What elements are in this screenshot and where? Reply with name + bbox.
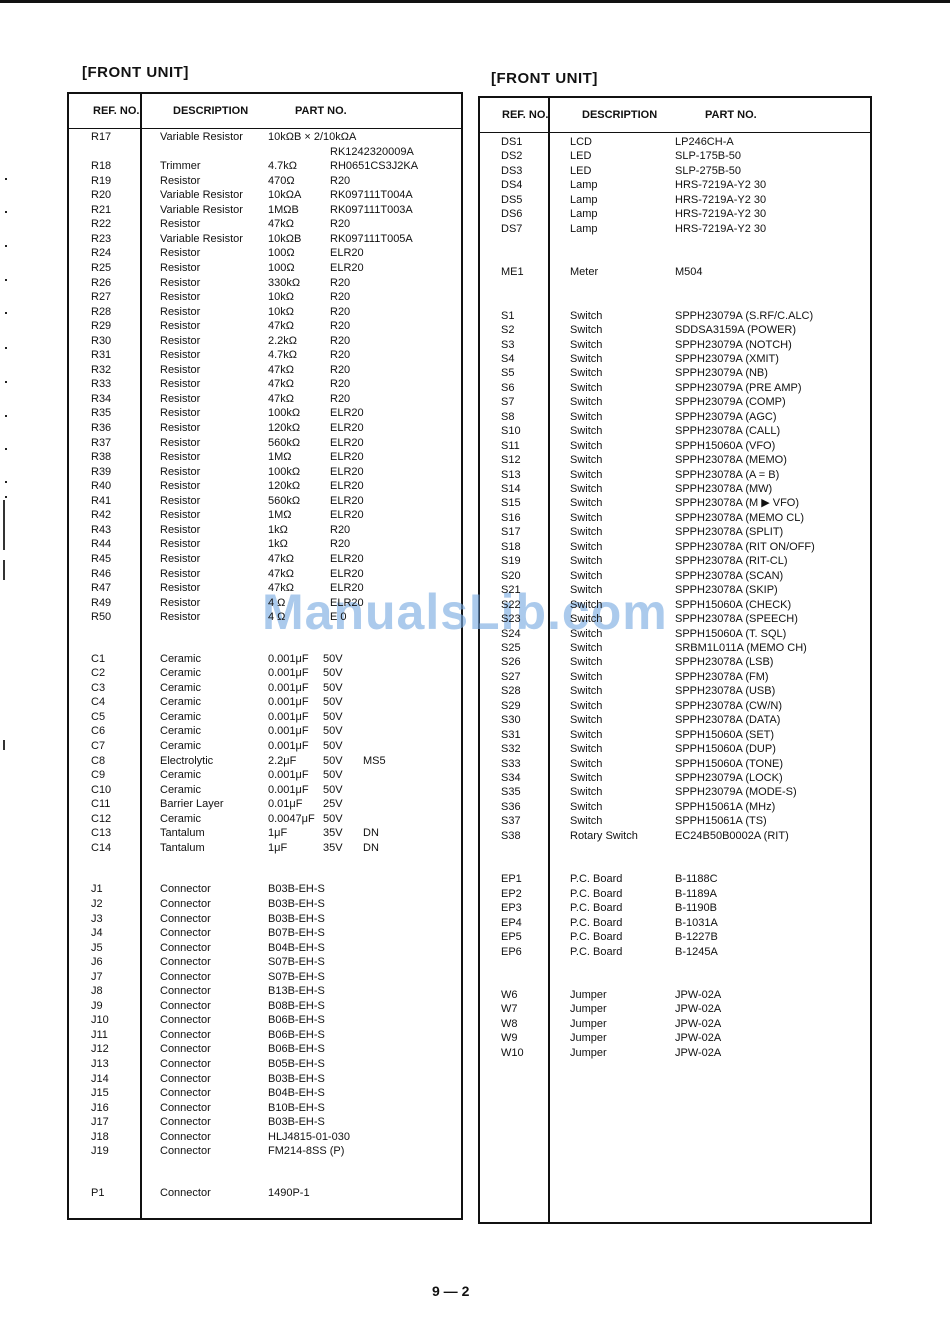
part-no: SPPH23079A (AGC) — [675, 411, 777, 423]
part-no: SRBM1L011A (MEMO CH) — [675, 642, 807, 654]
ref-no: C14 — [91, 842, 111, 854]
scan-dot — [5, 279, 7, 281]
description: Switch — [570, 656, 602, 668]
description: Switch — [570, 714, 602, 726]
part-no: SPPH23079A (PRE AMP) — [675, 382, 802, 394]
table-row: J13ConnectorB05B-EH-S — [0, 1058, 950, 1070]
table-row: DS5LampHRS-7219A-Y2 30 — [0, 194, 950, 206]
description: Switch — [570, 469, 602, 481]
part-no: B-1227B — [675, 931, 718, 943]
ref-no: S37 — [501, 815, 521, 827]
scan-dot — [5, 496, 7, 498]
value: B04B-EH-S — [268, 1087, 325, 1099]
part-no: LP246CH-A — [675, 136, 734, 148]
part-no: SPPH23078A (FM) — [675, 671, 769, 683]
part-no: HRS-7219A-Y2 30 — [675, 223, 766, 235]
table-row: S22SwitchSPPH15060A (CHECK) — [0, 599, 950, 611]
part-no: SPPH23078A (A = B) — [675, 469, 779, 481]
scan-dot — [5, 347, 7, 349]
ref-no: DS1 — [501, 136, 522, 148]
description: Switch — [570, 367, 602, 379]
table-row: W7JumperJPW-02A — [0, 1003, 950, 1015]
ref-no: J18 — [91, 1131, 109, 1143]
description: Switch — [570, 396, 602, 408]
part-no: SPPH23078A (MW) — [675, 483, 772, 495]
description: P.C. Board — [570, 902, 622, 914]
ref-no: S19 — [501, 555, 521, 567]
description: Switch — [570, 483, 602, 495]
ref-no: S25 — [501, 642, 521, 654]
part-no: SPPH23078A (USB) — [675, 685, 775, 697]
ref-no: S33 — [501, 758, 521, 770]
scan-dot — [5, 381, 7, 383]
table-row: S3SwitchSPPH23079A (NOTCH) — [0, 339, 950, 351]
description: P.C. Board — [570, 931, 622, 943]
value: S07B-EH-S — [268, 971, 325, 983]
ref-no: S7 — [501, 396, 514, 408]
table-row: EP6P.C. BoardB-1245A — [0, 946, 950, 958]
part-no: SPPH23078A (CALL) — [675, 425, 780, 437]
scan-line — [3, 500, 5, 550]
part-no: JPW-02A — [675, 1003, 721, 1015]
ref-no: S5 — [501, 367, 514, 379]
ref-no: EP5 — [501, 931, 522, 943]
part-no: B-1190B — [675, 902, 717, 914]
left-section-title: [FRONT UNIT] — [82, 64, 189, 81]
description: Connector — [160, 1102, 211, 1114]
part-no: SPPH15060A (T. SQL) — [675, 628, 786, 640]
description: Switch — [570, 758, 602, 770]
ref-no: S18 — [501, 541, 521, 553]
description: Switch — [570, 599, 602, 611]
table-row: S21SwitchSPPH23078A (SKIP) — [0, 584, 950, 596]
ref-no: EP3 — [501, 902, 522, 914]
description: Switch — [570, 743, 602, 755]
part-no: SPPH23078A (CW/N) — [675, 700, 782, 712]
description: Switch — [570, 685, 602, 697]
header-part-no: PART NO. — [295, 105, 347, 117]
part-no: SPPH23078A (RIT ON/OFF) — [675, 541, 815, 553]
description: Switch — [570, 310, 602, 322]
ref-no: DS2 — [501, 150, 522, 162]
description: Switch — [570, 772, 602, 784]
value: 1μF — [268, 842, 287, 854]
table-row: DS7LampHRS-7219A-Y2 30 — [0, 223, 950, 235]
description: Switch — [570, 339, 602, 351]
description: Connector — [160, 1145, 211, 1157]
table-row: S4SwitchSPPH23079A (XMIT) — [0, 353, 950, 365]
table-row: S14SwitchSPPH23078A (MW) — [0, 483, 950, 495]
ref-no: DS7 — [501, 223, 522, 235]
right-table-header: REF. NO. DESCRIPTION PART NO. — [480, 98, 870, 133]
ref-no: EP2 — [501, 888, 522, 900]
part-no: SPPH23078A (LSB) — [675, 656, 773, 668]
scan-dot — [5, 312, 7, 314]
scan-dot — [5, 448, 7, 450]
ref-no: J14 — [91, 1073, 109, 1085]
description: Resistor — [160, 247, 200, 259]
ref-no: DS4 — [501, 179, 522, 191]
ref-no: S3 — [501, 339, 514, 351]
description: Switch — [570, 382, 602, 394]
ref-no: S10 — [501, 425, 521, 437]
description: Connector — [160, 1058, 211, 1070]
description: Switch — [570, 786, 602, 798]
table-row: J16ConnectorB10B-EH-S — [0, 1102, 950, 1114]
part-no: SPPH23079A (XMIT) — [675, 353, 779, 365]
header-part-no: PART NO. — [705, 109, 757, 121]
table-row: S12SwitchSPPH23078A (MEMO) — [0, 454, 950, 466]
ref-no: EP6 — [501, 946, 522, 958]
ref-no: S16 — [501, 512, 521, 524]
description: Switch — [570, 541, 602, 553]
ref-no: J16 — [91, 1102, 109, 1114]
description: P.C. Board — [570, 946, 622, 958]
table-row: S26SwitchSPPH23078A (LSB) — [0, 656, 950, 668]
ref-no: S4 — [501, 353, 514, 365]
scan-dot — [5, 415, 7, 417]
ref-no: W8 — [501, 1018, 518, 1030]
description: Switch — [570, 700, 602, 712]
description: Resistor — [160, 291, 200, 303]
ref-no: S21 — [501, 584, 521, 596]
part-no: SPPH23078A (M ▶ VFO) — [675, 497, 799, 509]
table-row: R26Resistor330kΩR20 — [0, 277, 950, 289]
table-row: S29SwitchSPPH23078A (CW/N) — [0, 700, 950, 712]
ref-no: S20 — [501, 570, 521, 582]
table-row: R24Resistor100ΩELR20 — [0, 247, 950, 259]
description: Tantalum — [160, 842, 205, 854]
table-row: W6JumperJPW-02A — [0, 989, 950, 1001]
table-row: C14Tantalum1μF35VDN — [0, 842, 950, 854]
ref-no: DS5 — [501, 194, 522, 206]
ref-no: S8 — [501, 411, 514, 423]
ref-no: S38 — [501, 830, 521, 842]
header-description: DESCRIPTION — [582, 109, 657, 121]
description: Connector — [160, 1187, 211, 1199]
description: Switch — [570, 801, 602, 813]
ref-no: S35 — [501, 786, 521, 798]
ref-no: S32 — [501, 743, 521, 755]
part-no: SPPH15060A (DUP) — [675, 743, 776, 755]
description: Switch — [570, 613, 602, 625]
part-no: B-1031A — [675, 917, 718, 929]
table-row: J14ConnectorB03B-EH-S — [0, 1073, 950, 1085]
description: P.C. Board — [570, 888, 622, 900]
ref-no: S28 — [501, 685, 521, 697]
part-no: SPPH15061A (TS) — [675, 815, 767, 827]
description: LED — [570, 150, 591, 162]
table-row: EP1P.C. BoardB-1188C — [0, 873, 950, 885]
table-row: J18ConnectorHLJ4815-01-030 — [0, 1131, 950, 1143]
ref-no: DS3 — [501, 165, 522, 177]
ref-no: S1 — [501, 310, 514, 322]
ref-no: J19 — [91, 1145, 109, 1157]
voltage: 35V — [323, 842, 343, 854]
table-row: S15SwitchSPPH23078A (M ▶ VFO) — [0, 497, 950, 509]
value: 1490P-1 — [268, 1187, 310, 1199]
description: Lamp — [570, 208, 598, 220]
description: Switch — [570, 815, 602, 827]
description: Switch — [570, 454, 602, 466]
description: P.C. Board — [570, 873, 622, 885]
part-no: B-1245A — [675, 946, 718, 958]
ref-no: J17 — [91, 1116, 109, 1128]
value: 10kΩ — [268, 291, 294, 303]
part-no: SPPH23078A (SPLIT) — [675, 526, 783, 538]
part-no: M504 — [675, 266, 703, 278]
table-row: S16SwitchSPPH23078A (MEMO CL) — [0, 512, 950, 524]
table-row: S30SwitchSPPH23078A (DATA) — [0, 714, 950, 726]
part-no: SPPH15060A (CHECK) — [675, 599, 791, 611]
ref-no: S17 — [501, 526, 521, 538]
part-no: SPPH15060A (VFO) — [675, 440, 775, 452]
table-row: W8JumperJPW-02A — [0, 1018, 950, 1030]
description: Jumper — [570, 1047, 607, 1059]
ref-no: ME1 — [501, 266, 524, 278]
table-row: S38Rotary SwitchEC24B50B0002A (RIT) — [0, 830, 950, 842]
description: Switch — [570, 570, 602, 582]
part-no: R20 — [330, 277, 350, 289]
scan-line — [3, 740, 5, 750]
ref-no: S13 — [501, 469, 521, 481]
table-row: S37SwitchSPPH15061A (TS) — [0, 815, 950, 827]
ref-no: S29 — [501, 700, 521, 712]
ref-no: S14 — [501, 483, 521, 495]
table-row: S17SwitchSPPH23078A (SPLIT) — [0, 526, 950, 538]
value: FM214-8SS (P) — [268, 1145, 344, 1157]
description: Lamp — [570, 179, 598, 191]
part-no: SPPH23079A (COMP) — [675, 396, 786, 408]
part-no: SPPH15060A (TONE) — [675, 758, 783, 770]
table-row: S11SwitchSPPH15060A (VFO) — [0, 440, 950, 452]
description: Switch — [570, 440, 602, 452]
table-row: DS3LEDSLP-275B-50 — [0, 165, 950, 177]
ref-no: S27 — [501, 671, 521, 683]
part-no: SPPH23078A (MEMO CL) — [675, 512, 804, 524]
part-no: EC24B50B0002A (RIT) — [675, 830, 789, 842]
table-row: S5SwitchSPPH23079A (NB) — [0, 367, 950, 379]
description: Jumper — [570, 989, 607, 1001]
part-no: SPPH23079A (NOTCH) — [675, 339, 792, 351]
part-no: B-1188C — [675, 873, 718, 885]
description: Connector — [160, 1116, 211, 1128]
description: Switch — [570, 555, 602, 567]
table-row: S8SwitchSPPH23079A (AGC) — [0, 411, 950, 423]
ref-no: S24 — [501, 628, 521, 640]
ref-no: J7 — [91, 971, 103, 983]
table-row: S34SwitchSPPH23079A (LOCK) — [0, 772, 950, 784]
part-no: B-1189A — [675, 888, 717, 900]
table-row: S33SwitchSPPH15060A (TONE) — [0, 758, 950, 770]
part-no: SDDSA3159A (POWER) — [675, 324, 796, 336]
ref-no: J6 — [91, 956, 103, 968]
description: LCD — [570, 136, 592, 148]
scan-dot — [5, 178, 7, 180]
header-description: DESCRIPTION — [173, 105, 248, 117]
description: Connector — [160, 1131, 211, 1143]
description: Connector — [160, 956, 211, 968]
description: Switch — [570, 671, 602, 683]
part-no: SPPH23079A (NB) — [675, 367, 768, 379]
part-no: JPW-02A — [675, 1018, 721, 1030]
table-row: DS6LampHRS-7219A-Y2 30 — [0, 208, 950, 220]
table-row: EP3P.C. BoardB-1190B — [0, 902, 950, 914]
part-no: SLP-175B-50 — [675, 150, 741, 162]
ref-no: R24 — [91, 247, 111, 259]
part-no: HRS-7219A-Y2 30 — [675, 208, 766, 220]
description: Connector — [160, 1087, 211, 1099]
table-row: S27SwitchSPPH23078A (FM) — [0, 671, 950, 683]
table-row: S2SwitchSDDSA3159A (POWER) — [0, 324, 950, 336]
ref-no: S2 — [501, 324, 514, 336]
ref-no: DS6 — [501, 208, 522, 220]
table-row: DS2LEDSLP-175B-50 — [0, 150, 950, 162]
ref-no: EP1 — [501, 873, 522, 885]
part-no: SLP-275B-50 — [675, 165, 741, 177]
ref-no: S15 — [501, 497, 521, 509]
ref-no: S26 — [501, 656, 521, 668]
ref-no: S34 — [501, 772, 521, 784]
part-no: JPW-02A — [675, 1047, 721, 1059]
table-row: EP2P.C. BoardB-1189A — [0, 888, 950, 900]
ref-no: S6 — [501, 382, 514, 394]
ref-no: W10 — [501, 1047, 524, 1059]
scan-top-edge — [0, 0, 950, 3]
part-no: SPPH23079A (S.RF/C.ALC) — [675, 310, 813, 322]
ref-no: W6 — [501, 989, 518, 1001]
ref-no: EP4 — [501, 917, 522, 929]
table-row: S7SwitchSPPH23079A (COMP) — [0, 396, 950, 408]
value: B10B-EH-S — [268, 1102, 325, 1114]
table-row: S24SwitchSPPH15060A (T. SQL) — [0, 628, 950, 640]
part-no: SPPH23079A (LOCK) — [675, 772, 783, 784]
header-ref-no: REF. NO. — [93, 105, 139, 117]
left-table-header: REF. NO. DESCRIPTION PART NO. — [69, 94, 461, 129]
table-row: DS4LampHRS-7219A-Y2 30 — [0, 179, 950, 191]
scan-dot — [5, 481, 7, 483]
table-row: S10SwitchSPPH23078A (CALL) — [0, 425, 950, 437]
part-no: SPPH15060A (SET) — [675, 729, 774, 741]
table-row: S6SwitchSPPH23079A (PRE AMP) — [0, 382, 950, 394]
description: Switch — [570, 497, 602, 509]
table-row: S36SwitchSPPH15061A (MHz) — [0, 801, 950, 813]
description: Connector — [160, 1073, 211, 1085]
ref-no: J13 — [91, 1058, 109, 1070]
description: Switch — [570, 642, 602, 654]
description: Lamp — [570, 223, 598, 235]
value: 100Ω — [268, 247, 295, 259]
part-no: R20 — [330, 291, 350, 303]
ref-no: S36 — [501, 801, 521, 813]
description: Meter — [570, 266, 598, 278]
ref-no: W9 — [501, 1032, 518, 1044]
table-row: W10JumperJPW-02A — [0, 1047, 950, 1059]
table-row: J19ConnectorFM214-8SS (P) — [0, 1145, 950, 1157]
description: Switch — [570, 353, 602, 365]
description: Switch — [570, 584, 602, 596]
table-row: S35SwitchSPPH23079A (MODE-S) — [0, 786, 950, 798]
description: Switch — [570, 324, 602, 336]
description: P.C. Board — [570, 917, 622, 929]
table-row: R27Resistor10kΩR20 — [0, 291, 950, 303]
value: B03B-EH-S — [268, 1116, 325, 1128]
table-row: EP4P.C. BoardB-1031A — [0, 917, 950, 929]
table-row: S25SwitchSRBM1L011A (MEMO CH) — [0, 642, 950, 654]
table-row: EP5P.C. BoardB-1227B — [0, 931, 950, 943]
ref-no: P1 — [91, 1187, 104, 1199]
right-section-title: [FRONT UNIT] — [491, 70, 598, 87]
table-row: J6ConnectorS07B-EH-S — [0, 956, 950, 968]
table-row: S20SwitchSPPH23078A (SCAN) — [0, 570, 950, 582]
description: Jumper — [570, 1032, 607, 1044]
description: Rotary Switch — [570, 830, 638, 842]
part-no: ELR20 — [330, 247, 364, 259]
description: Switch — [570, 729, 602, 741]
table-row: DS1LCDLP246CH-A — [0, 136, 950, 148]
ref-no: S23 — [501, 613, 521, 625]
value: HLJ4815-01-030 — [268, 1131, 350, 1143]
description: Jumper — [570, 1003, 607, 1015]
table-row: S18SwitchSPPH23078A (RIT ON/OFF) — [0, 541, 950, 553]
table-row: S28SwitchSPPH23078A (USB) — [0, 685, 950, 697]
part-no: SPPH23078A (DATA) — [675, 714, 780, 726]
ref-no: J15 — [91, 1087, 109, 1099]
table-row: W9JumperJPW-02A — [0, 1032, 950, 1044]
ref-no: S11 — [501, 440, 520, 452]
description: Connector — [160, 971, 211, 983]
part-no: SPPH23078A (SCAN) — [675, 570, 783, 582]
part-no: SPPH23078A (SKIP) — [675, 584, 778, 596]
value: 330kΩ — [268, 277, 300, 289]
table-row: J17ConnectorB03B-EH-S — [0, 1116, 950, 1128]
table-row: S23SwitchSPPH23078A (SPEECH) — [0, 613, 950, 625]
part-no: DN — [363, 842, 379, 854]
description: LED — [570, 165, 591, 177]
table-row: J15ConnectorB04B-EH-S — [0, 1087, 950, 1099]
ref-no: R26 — [91, 277, 111, 289]
part-no: HRS-7219A-Y2 30 — [675, 194, 766, 206]
part-no: SPPH23079A (MODE-S) — [675, 786, 797, 798]
part-no: SPPH23078A (SPEECH) — [675, 613, 798, 625]
description: Resistor — [160, 277, 200, 289]
description: Lamp — [570, 194, 598, 206]
part-no: HRS-7219A-Y2 30 — [675, 179, 766, 191]
ref-no: S31 — [501, 729, 521, 741]
ref-no: R27 — [91, 291, 111, 303]
table-row: S32SwitchSPPH15060A (DUP) — [0, 743, 950, 755]
value: S07B-EH-S — [268, 956, 325, 968]
page-number: 9 — 2 — [432, 1283, 469, 1299]
value: B05B-EH-S — [268, 1058, 325, 1070]
description: Switch — [570, 411, 602, 423]
description: Switch — [570, 512, 602, 524]
table-row: S13SwitchSPPH23078A (A = B) — [0, 469, 950, 481]
part-no: JPW-02A — [675, 1032, 721, 1044]
table-row: S19SwitchSPPH23078A (RIT-CL) — [0, 555, 950, 567]
description: Switch — [570, 526, 602, 538]
table-row: J7ConnectorS07B-EH-S — [0, 971, 950, 983]
scan-line — [3, 560, 5, 580]
part-no: SPPH23078A (RIT-CL) — [675, 555, 788, 567]
ref-no: S30 — [501, 714, 521, 726]
header-ref-no: REF. NO. — [502, 109, 548, 121]
table-row: S1SwitchSPPH23079A (S.RF/C.ALC) — [0, 310, 950, 322]
part-no: SPPH15061A (MHz) — [675, 801, 775, 813]
ref-no: S22 — [501, 599, 521, 611]
description: Jumper — [570, 1018, 607, 1030]
ref-no: W7 — [501, 1003, 518, 1015]
